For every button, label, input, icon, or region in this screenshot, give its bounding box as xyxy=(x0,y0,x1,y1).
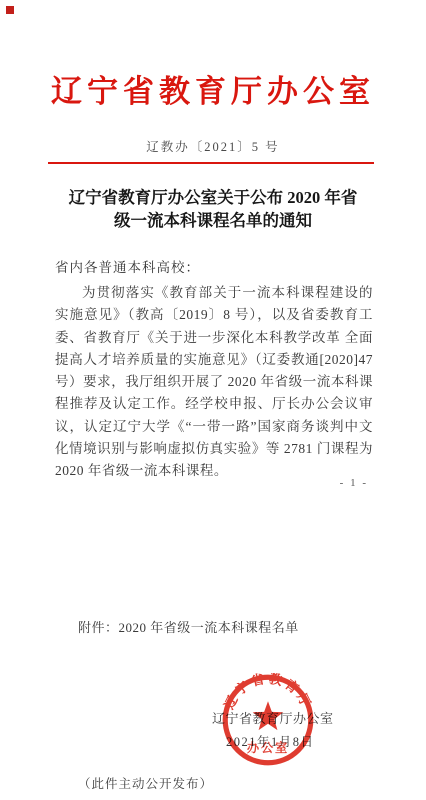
salutation: 省内各普通本科高校： xyxy=(55,256,200,276)
seal-star-icon xyxy=(253,701,283,730)
agency-masthead: 辽宁省教育厅办公室 xyxy=(0,66,426,111)
official-seal: 辽宁省教育厅 办公室 xyxy=(221,673,315,767)
document-page: 辽宁省教育厅办公室 辽教办〔2021〕5 号 辽宁省教育厅办公室关于公布 202… xyxy=(0,0,426,800)
notice-title-line2: 级一流本科课程名单的通知 xyxy=(38,209,388,232)
public-release-note: （此件主动公开发布） xyxy=(78,774,213,792)
attachment-line: 附件：2020 年省级一流本科课程名单 xyxy=(78,617,299,636)
notice-title-line1: 辽宁省教育厅办公室关于公布 2020 年省 xyxy=(38,186,388,209)
seal-bottom-text: 办公室 xyxy=(247,740,289,755)
body-paragraph: 为贯彻落实《教育部关于一流本科课程建设的实施意见》（教高〔2019〕8 号），以… xyxy=(55,282,373,483)
corner-red-mark xyxy=(6,6,14,14)
notice-title: 辽宁省教育厅办公室关于公布 2020 年省 级一流本科课程名单的通知 xyxy=(38,186,388,232)
doc-number: 辽教办〔2021〕5 号 xyxy=(0,137,426,155)
page-number: - 1 - xyxy=(340,477,368,489)
red-separator-line xyxy=(48,162,374,164)
